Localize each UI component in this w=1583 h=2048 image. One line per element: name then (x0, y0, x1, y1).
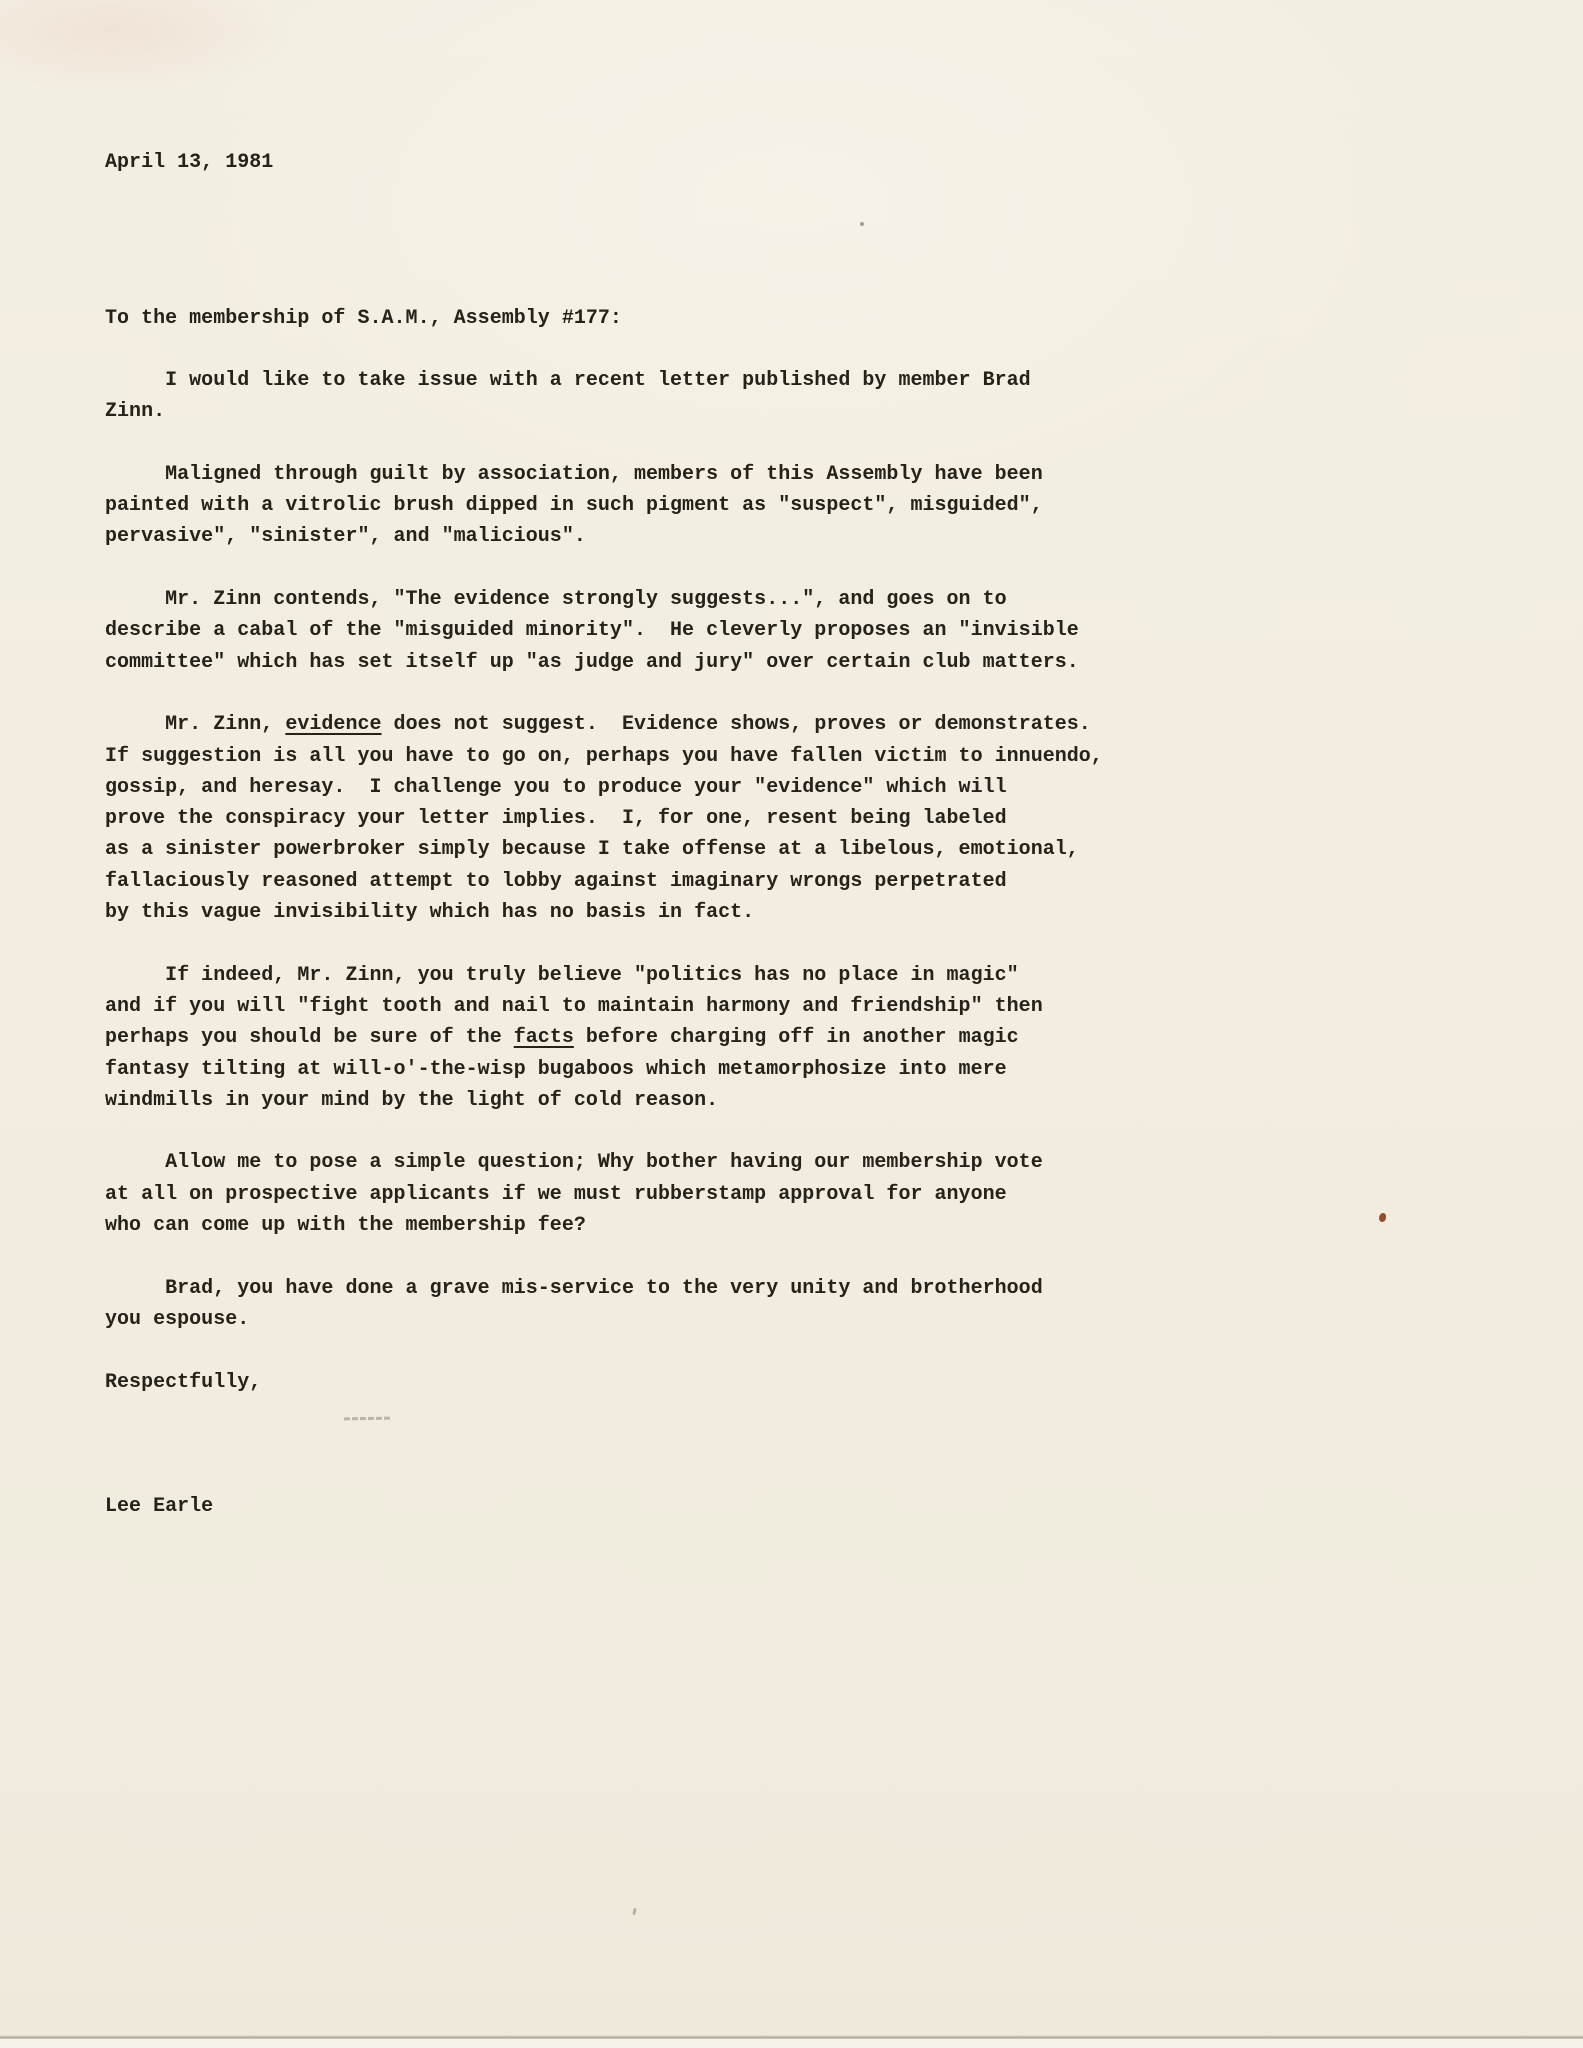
text-segment: you espouse. (105, 1308, 249, 1331)
text-line: pervasive", "sinister", and "malicious". (105, 521, 1523, 552)
text-line: I would like to take issue with a recent… (105, 365, 1523, 396)
text-segment: Allow me to pose a simple question; Why … (105, 1151, 1043, 1174)
text-line: Mr. Zinn contends, "The evidence strongl… (105, 584, 1523, 615)
text-line: Zinn. (105, 396, 1523, 427)
text-line: Allow me to pose a simple question; Why … (105, 1147, 1523, 1178)
closing: Respectfully, (105, 1367, 261, 1398)
underlined-word: evidence (285, 713, 381, 736)
text-segment: prove the conspiracy your letter implies… (105, 807, 1007, 830)
text-segment: at all on prospective applicants if we m… (105, 1183, 1007, 1206)
underlined-word: facts (514, 1026, 574, 1049)
text-segment: as a sinister powerbroker simply because… (105, 838, 1079, 861)
text-segment: fantasy tilting at will-o'-the-wisp buga… (105, 1058, 1007, 1081)
text-segment: Mr. Zinn, (105, 713, 285, 736)
text-segment: does not suggest. Evidence shows, proves… (382, 713, 1091, 736)
text-line: fallaciously reasoned attempt to lobby a… (105, 866, 1523, 897)
paper-speck (632, 1908, 636, 1915)
text-segment: Zinn. (105, 400, 165, 423)
text-segment: who can come up with the membership fee? (105, 1214, 586, 1237)
paper-speck (860, 222, 864, 226)
text-segment: Maligned through guilt by association, m… (105, 463, 1043, 486)
text-line: at all on prospective applicants if we m… (105, 1179, 1523, 1210)
text-line: perhaps you should be sure of the facts … (105, 1022, 1523, 1053)
text-line: by this vague invisibility which has no … (105, 897, 1523, 928)
letter-body: I would like to take issue with a recent… (105, 365, 1523, 1367)
paragraph: Allow me to pose a simple question; Why … (105, 1147, 1523, 1241)
text-line: you espouse. (105, 1304, 1523, 1335)
paragraph: Maligned through guilt by association, m… (105, 459, 1523, 553)
text-segment: If suggestion is all you have to go on, … (105, 745, 1103, 768)
text-line: gossip, and heresay. I challenge you to … (105, 772, 1523, 803)
text-segment: and if you will "fight tooth and nail to… (105, 995, 1043, 1018)
text-line: Brad, you have done a grave mis-service … (105, 1273, 1523, 1304)
text-line: Maligned through guilt by association, m… (105, 459, 1523, 490)
text-segment: by this vague invisibility which has no … (105, 901, 754, 924)
pencil-smudge (344, 1417, 390, 1421)
text-line: If suggestion is all you have to go on, … (105, 741, 1523, 772)
text-line: describe a cabal of the "misguided minor… (105, 615, 1523, 646)
letter-page: April 13, 1981 To the membership of S.A.… (0, 0, 1583, 2048)
text-line: who can come up with the membership fee? (105, 1210, 1523, 1241)
letter-date: April 13, 1981 (105, 147, 273, 178)
text-line: prove the conspiracy your letter implies… (105, 803, 1523, 834)
text-line: painted with a vitrolic brush dipped in … (105, 490, 1523, 521)
text-segment: perhaps you should be sure of the (105, 1026, 514, 1049)
text-segment: Mr. Zinn contends, "The evidence strongl… (105, 588, 1007, 611)
paragraph: Brad, you have done a grave mis-service … (105, 1273, 1523, 1336)
text-segment: windmills in your mind by the light of c… (105, 1089, 718, 1112)
paragraph: Mr. Zinn contends, "The evidence strongl… (105, 584, 1523, 678)
paragraph: I would like to take issue with a recent… (105, 365, 1523, 428)
text-segment: gossip, and heresay. I challenge you to … (105, 776, 1007, 799)
text-segment: If indeed, Mr. Zinn, you truly believe "… (105, 964, 1019, 987)
text-segment: before charging off in another magic (574, 1026, 1019, 1049)
text-line: committee" which has set itself up "as j… (105, 647, 1523, 678)
paragraph: If indeed, Mr. Zinn, you truly believe "… (105, 960, 1523, 1116)
text-line: and if you will "fight tooth and nail to… (105, 991, 1523, 1022)
text-line: Mr. Zinn, evidence does not suggest. Evi… (105, 709, 1523, 740)
salutation: To the membership of S.A.M., Assembly #1… (105, 303, 622, 334)
paragraph: Mr. Zinn, evidence does not suggest. Evi… (105, 709, 1523, 928)
signature-name: Lee Earle (105, 1491, 213, 1522)
text-segment: I would like to take issue with a recent… (105, 369, 1031, 392)
text-segment: Brad, you have done a grave mis-service … (105, 1277, 1043, 1300)
text-segment: committee" which has set itself up "as j… (105, 651, 1079, 674)
text-line: fantasy tilting at will-o'-the-wisp buga… (105, 1054, 1523, 1085)
text-segment: painted with a vitrolic brush dipped in … (105, 494, 1043, 517)
text-line: If indeed, Mr. Zinn, you truly believe "… (105, 960, 1523, 991)
text-line: windmills in your mind by the light of c… (105, 1085, 1523, 1116)
text-segment: pervasive", "sinister", and "malicious". (105, 525, 586, 548)
text-line: as a sinister powerbroker simply because… (105, 834, 1523, 865)
text-segment: describe a cabal of the "misguided minor… (105, 619, 1079, 642)
text-segment: fallaciously reasoned attempt to lobby a… (105, 870, 1007, 893)
scan-edge-strip (0, 2039, 1583, 2048)
